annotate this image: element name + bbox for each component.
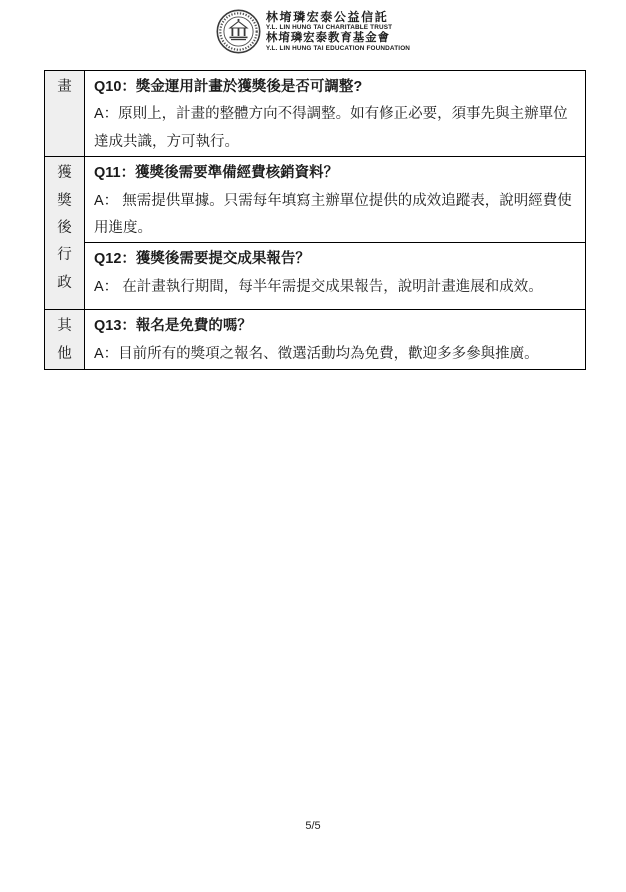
document-header: 林堉璘宏泰公益信託 Y.L. LIN HUNG TAI CHARITABLE T…: [0, 9, 626, 54]
category-label: 獲獎後行政: [57, 160, 72, 297]
qa-cell: Q13：報名是免費的嗎？ A：目前所有的獎項之報名、徵選活動均為免費，歡迎多多參…: [85, 310, 586, 370]
qa-cell: Q10：獎金運用計畫於獲獎後是否可調整? A：原則上，計畫的整體方向不得調整。如…: [85, 71, 586, 157]
org-names: 林堉璘宏泰公益信託 Y.L. LIN HUNG TAI CHARITABLE T…: [266, 11, 410, 53]
page-number: 5/5: [0, 820, 626, 832]
category-label: 畫: [57, 74, 72, 101]
table-row: 畫 Q10：獎金運用計畫於獲獎後是否可調整? A：原則上，計畫的整體方向不得調整…: [45, 71, 586, 157]
question-text: Q13：報名是免費的嗎？: [94, 313, 575, 340]
answer-text: A： 在計畫執行期間，每半年需提交成果報告，說明計畫進展和成效。: [94, 274, 575, 301]
foundation-logo-icon: [216, 9, 261, 54]
table-row: Q12：獲獎後需要提交成果報告？ A： 在計畫執行期間，每半年需提交成果報告，說…: [45, 243, 586, 310]
category-cell: 獲獎後行政: [45, 157, 85, 310]
foundation-name-en: Y.L. LIN HUNG TAI EDUCATION FOUNDATION: [266, 45, 410, 53]
category-cell: 其他: [45, 310, 85, 370]
question-text: Q12：獲獎後需要提交成果報告？: [94, 246, 575, 273]
trust-name-en: Y.L. LIN HUNG TAI CHARITABLE TRUST: [266, 24, 410, 32]
category-cell: 畫: [45, 71, 85, 157]
faq-table: 畫 Q10：獎金運用計畫於獲獎後是否可調整? A：原則上，計畫的整體方向不得調整…: [44, 70, 586, 370]
answer-text: A：原則上，計畫的整體方向不得調整。如有修正必要，須事先與主辦單位達成共識，方可…: [94, 101, 575, 156]
foundation-name-zh: 林堉璘宏泰教育基金會: [266, 32, 410, 45]
answer-text: A： 無需提供單據。只需每年填寫主辦單位提供的成效追蹤表，說明經費使用進度。: [94, 188, 575, 243]
trust-name-zh: 林堉璘宏泰公益信託: [266, 11, 410, 24]
question-text: Q11：獲獎後需要準備經費核銷資料？: [94, 160, 575, 187]
qa-cell: Q11：獲獎後需要準備經費核銷資料？ A： 無需提供單據。只需每年填寫主辦單位提…: [85, 157, 586, 243]
table-row: 獲獎後行政 Q11：獲獎後需要準備經費核銷資料？ A： 無需提供單據。只需每年填…: [45, 157, 586, 243]
category-label: 其他: [57, 313, 72, 368]
table-row: 其他 Q13：報名是免費的嗎？ A：目前所有的獎項之報名、徵選活動均為免費，歡迎…: [45, 310, 586, 370]
answer-text: A：目前所有的獎項之報名、徵選活動均為免費，歡迎多多參與推廣。: [94, 341, 575, 368]
question-text: Q10：獎金運用計畫於獲獎後是否可調整?: [94, 74, 575, 101]
qa-cell: Q12：獲獎後需要提交成果報告？ A： 在計畫執行期間，每半年需提交成果報告，說…: [85, 243, 586, 310]
